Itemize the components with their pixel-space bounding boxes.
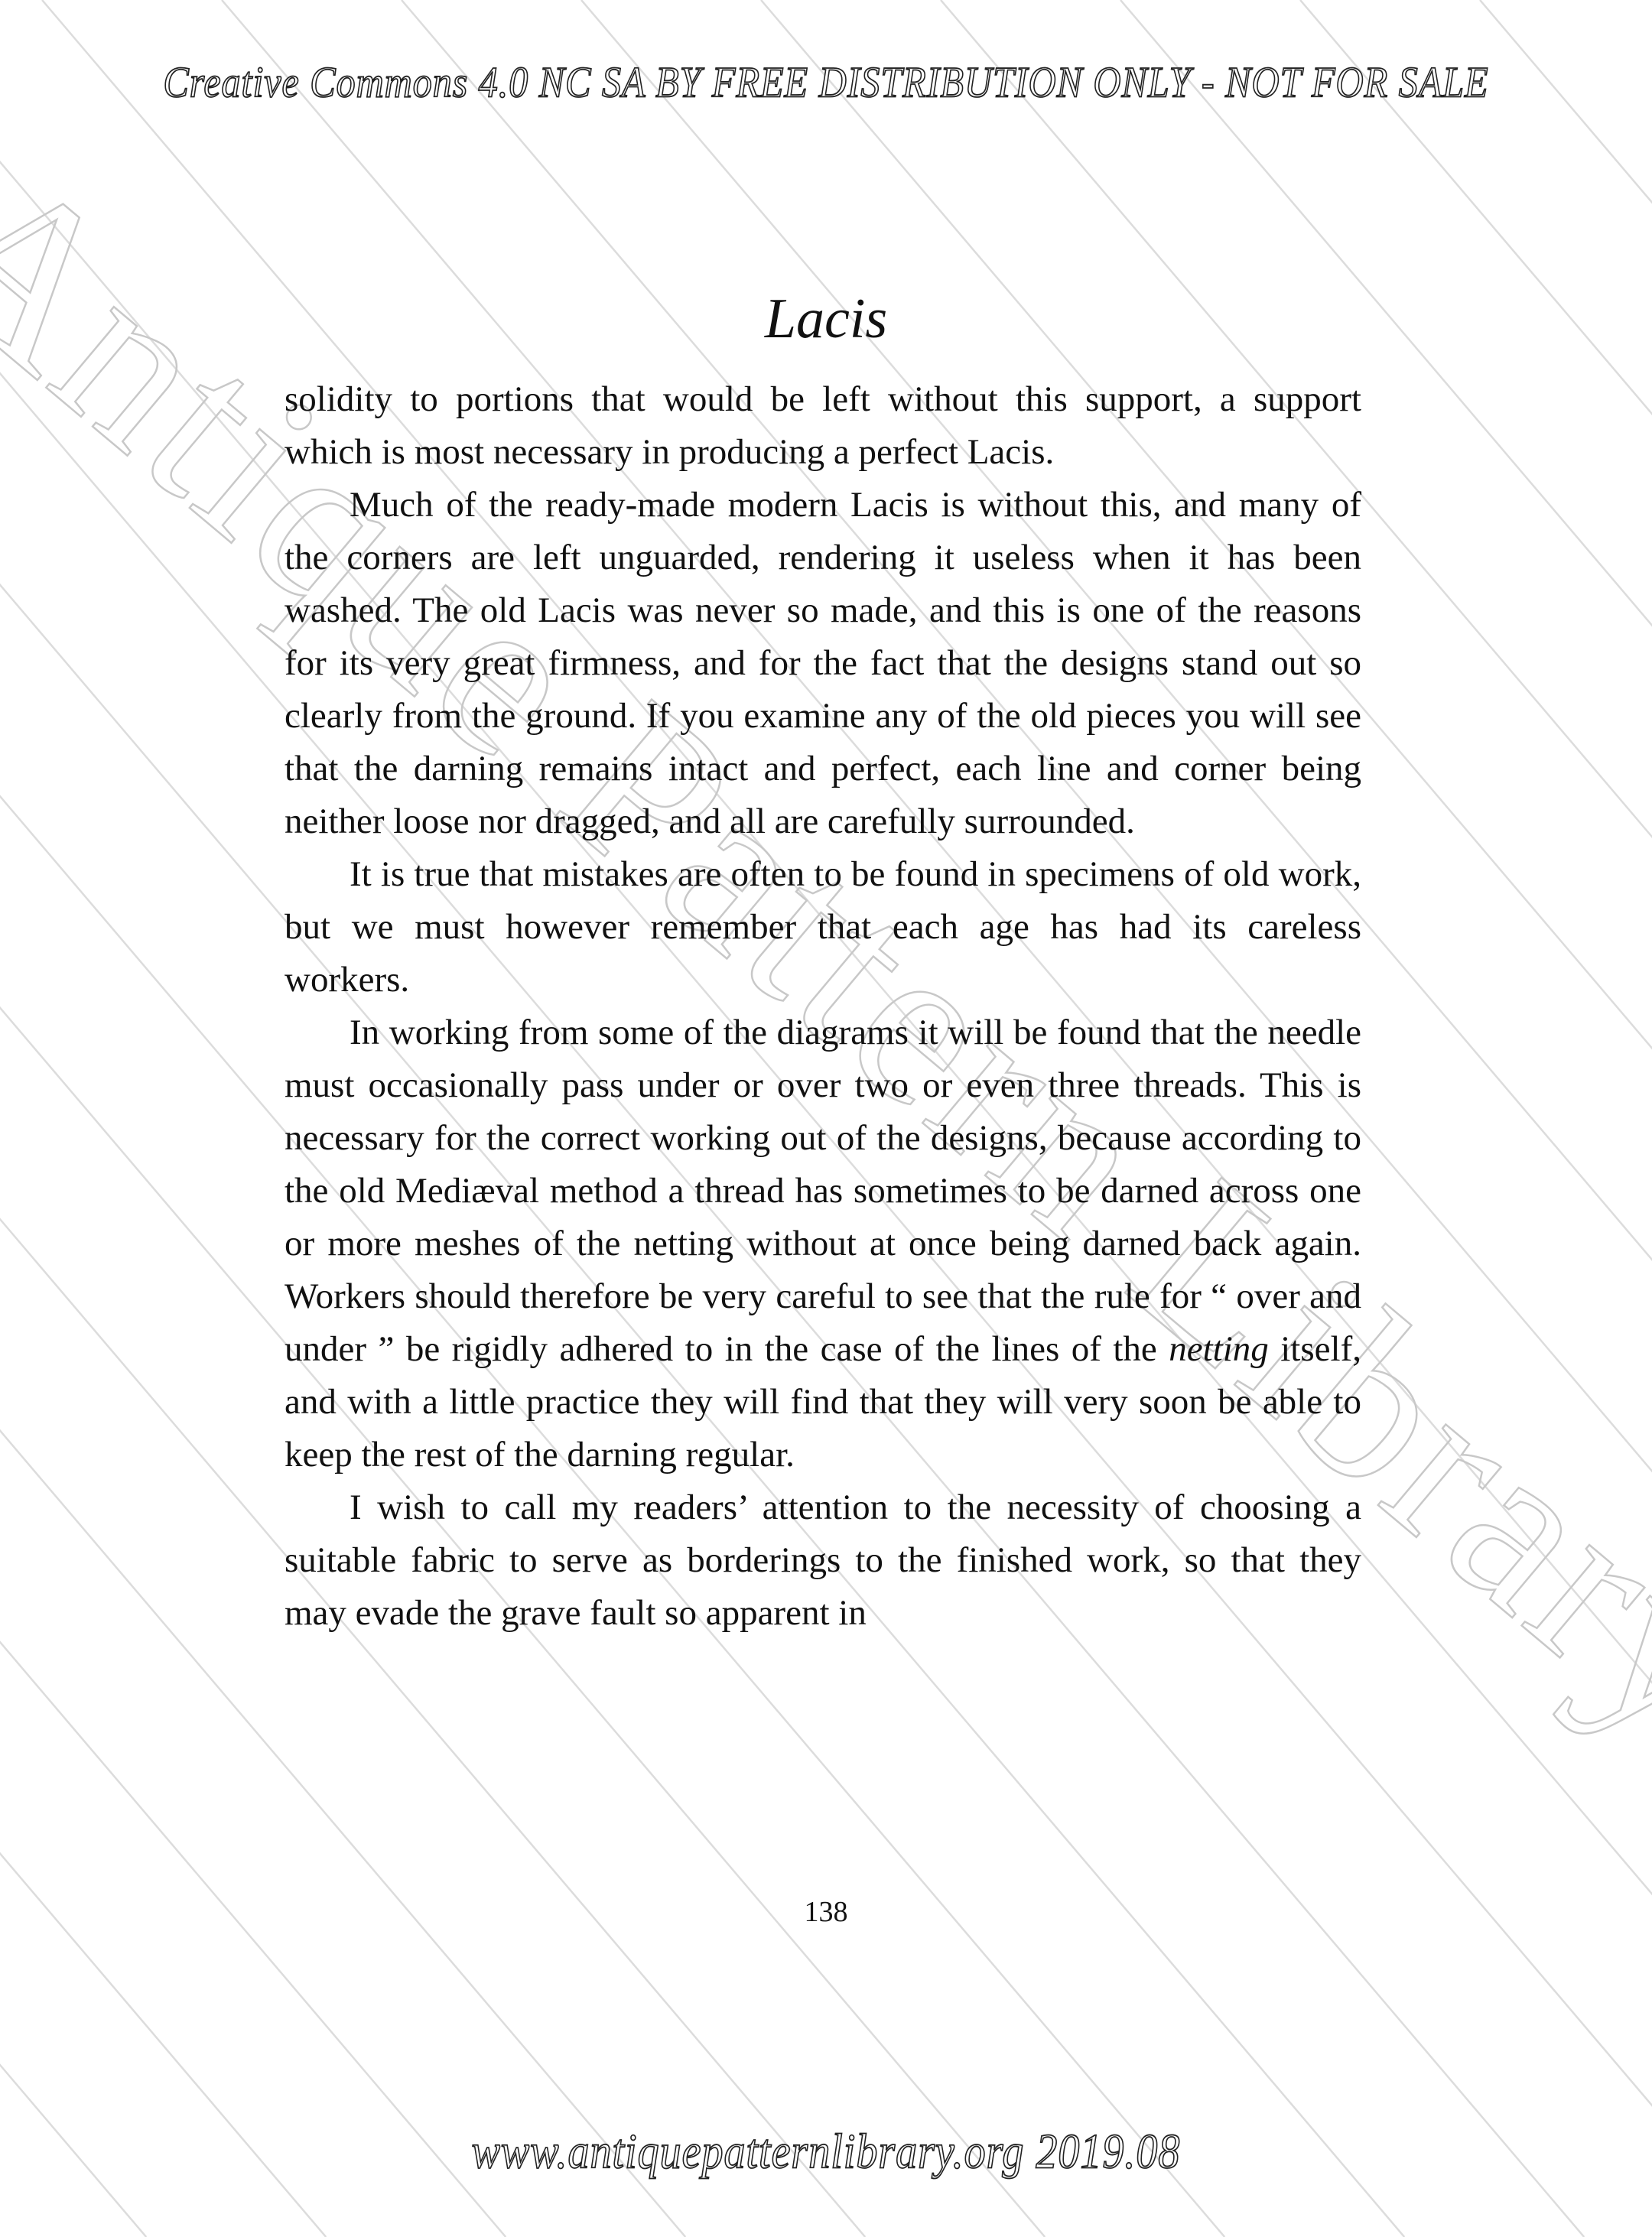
paragraph-1: solidity to portions that would be left …	[285, 373, 1361, 479]
body-text: solidity to portions that would be left …	[285, 373, 1361, 1640]
site-footer: www.antiquepatternlibrary.org 2019.08	[0, 2124, 1652, 2180]
license-header: Creative Commons 4.0 NC SA BY FREE DISTR…	[0, 57, 1652, 108]
page-title: Lacis	[0, 287, 1652, 352]
scanned-book-page: Antique Pattern Library Creative Commons…	[0, 0, 1652, 2237]
paragraph-5: I wish to call my readers’ attention to …	[285, 1481, 1361, 1640]
emphasized-word: netting	[1169, 1329, 1269, 1369]
paragraph-4: In working from some of the diagrams it …	[285, 1006, 1361, 1481]
paragraph-2: Much of the ready-made modern Lacis is w…	[285, 479, 1361, 848]
paragraph-3: It is true that mistakes are often to be…	[285, 848, 1361, 1006]
paragraph-4-part-1: In working from some of the diagrams it …	[285, 1013, 1361, 1369]
page-number: 138	[0, 1895, 1652, 1929]
